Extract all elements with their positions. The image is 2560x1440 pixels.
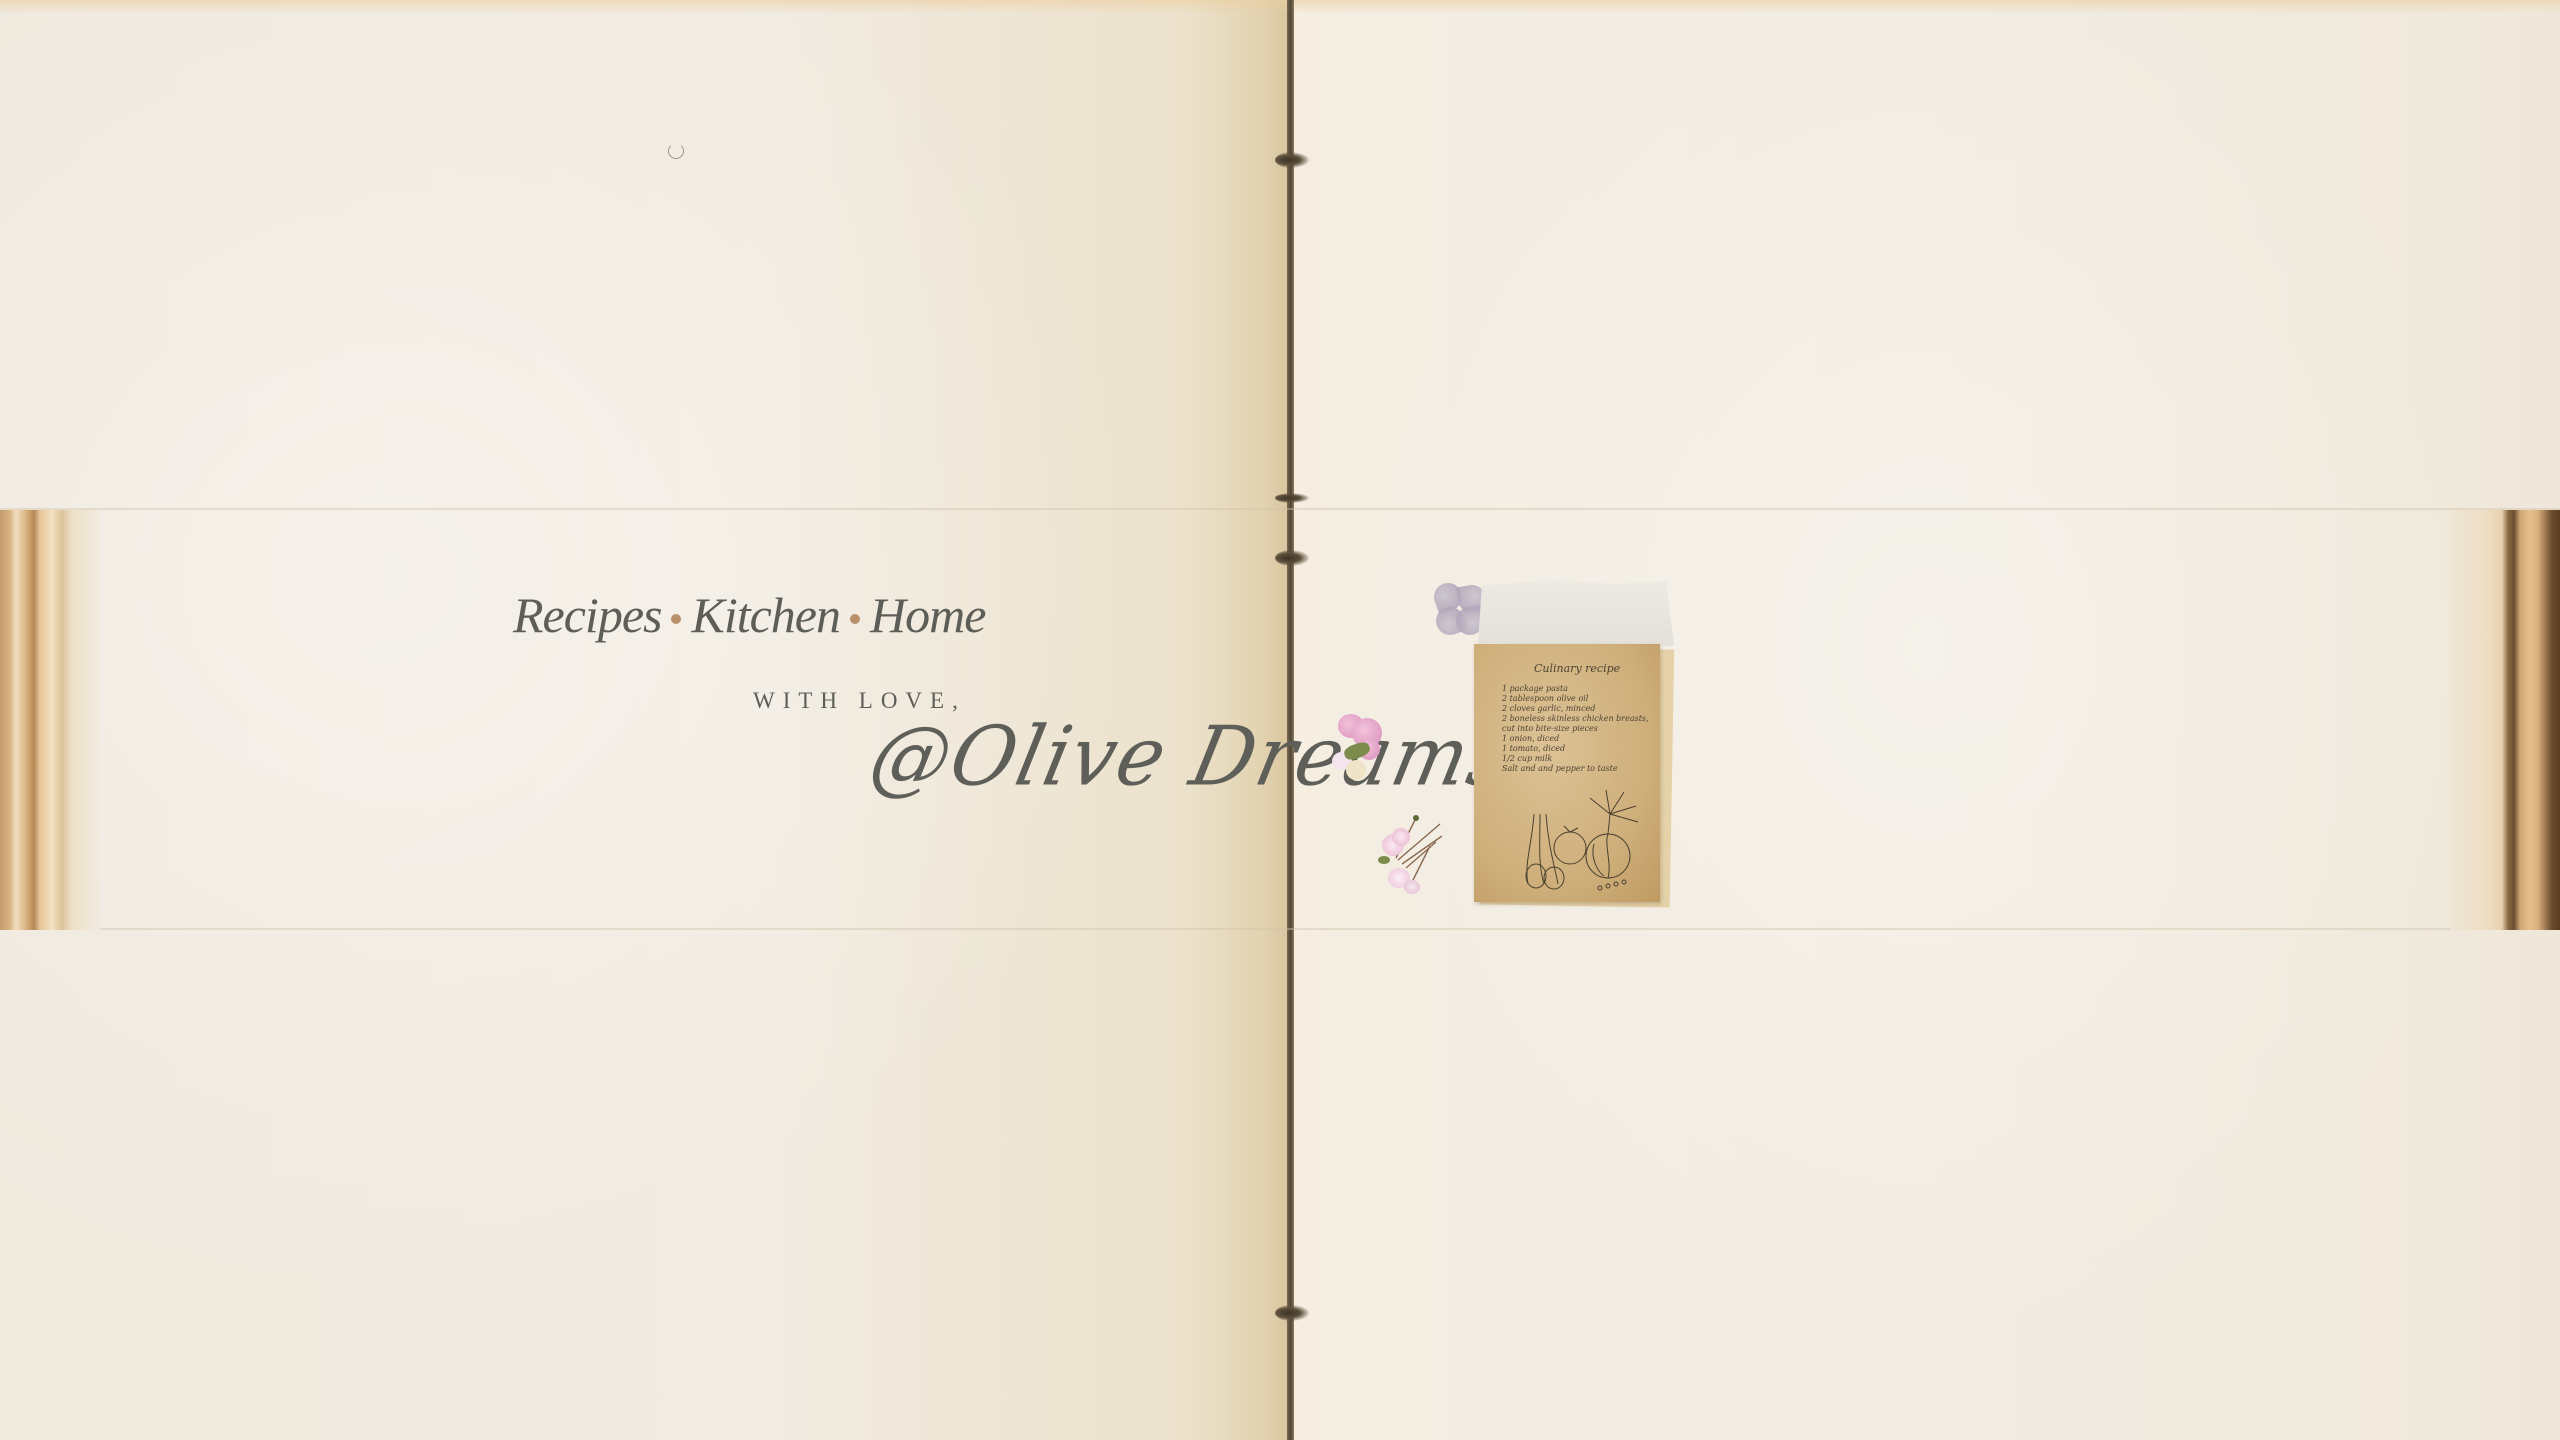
tagline-word: Kitchen xyxy=(691,587,840,643)
page-edges-left xyxy=(0,510,100,930)
page-top-edge xyxy=(0,0,2560,14)
tagline-word: Recipes xyxy=(513,587,661,643)
ingredient-line: 1 tomato, diced xyxy=(1502,744,1652,754)
page-edges-right xyxy=(2450,510,2560,930)
ingredient-line: 2 cloves garlic, minced xyxy=(1502,704,1652,714)
tagline: RecipesKitchenHome xyxy=(513,586,985,644)
band-bottom-line xyxy=(0,928,2560,930)
ingredient-line: 1 package pasta xyxy=(1502,684,1652,694)
binding-thread-icon xyxy=(1275,152,1309,168)
vegetable-sketch-icon xyxy=(1514,784,1644,894)
ingredient-line: 2 boneless skinless chicken breasts, xyxy=(1502,714,1652,724)
band-top-line xyxy=(0,508,2560,510)
binding-thread-icon xyxy=(1275,1305,1309,1321)
signature-handle: @Olive Dreams xyxy=(862,710,1521,805)
separator-dot-icon xyxy=(671,614,681,624)
recipe-card: Culinary recipe 1 package pasta 2 tables… xyxy=(1474,644,1660,902)
cherry-blossom-sprig-icon xyxy=(1378,812,1448,900)
ingredient-line: 1/2 cup milk xyxy=(1502,754,1652,764)
separator-dot-icon xyxy=(850,614,860,624)
ingredient-line: 1 onion, diced xyxy=(1502,734,1652,744)
washi-tape xyxy=(1478,580,1674,646)
tagline-word: Home xyxy=(870,587,985,643)
ingredient-line: 2 tablespoon olive oil xyxy=(1502,694,1652,704)
recipe-ingredients: 1 package pasta 2 tablespoon olive oil 2… xyxy=(1502,684,1652,774)
ingredient-line: cut into bite-size pieces xyxy=(1502,724,1652,734)
ingredient-line: Salt and and pepper to taste xyxy=(1502,764,1652,774)
loading-spinner-icon xyxy=(668,143,684,159)
recipe-title: Culinary recipe xyxy=(1534,662,1620,675)
pink-flower-icon xyxy=(1330,710,1390,780)
binding-thread-icon xyxy=(1275,493,1309,503)
